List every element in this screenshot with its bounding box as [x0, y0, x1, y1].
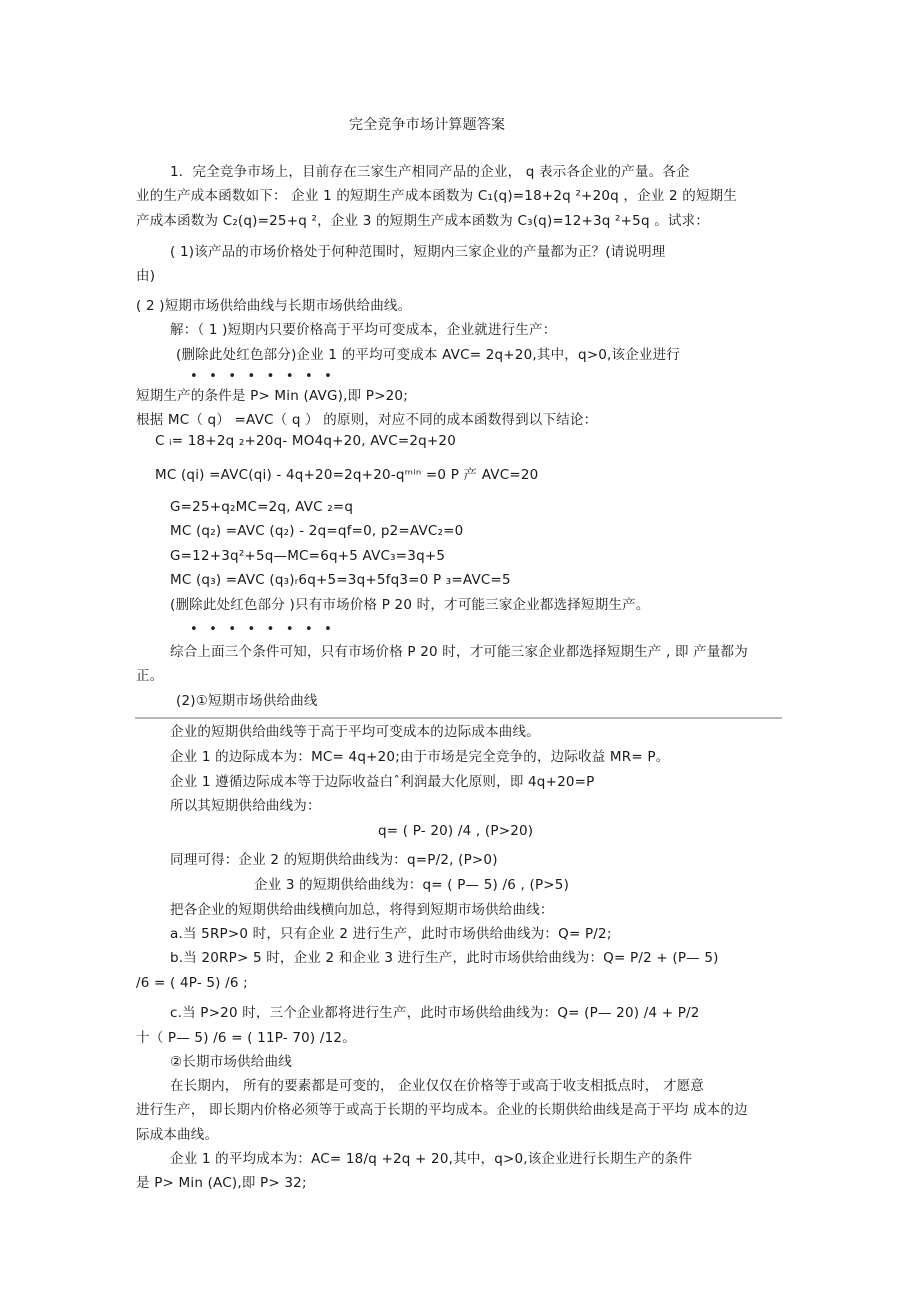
solution-line: (删除此处红色部分)企业 1 的平均可变成本 AVC= 2q+20,其中，q>0…: [176, 346, 680, 364]
formula-line: MC (qi) =AVC(qi) - 4q+20=2q+20-qᵐⁱⁿ =0 P…: [155, 466, 538, 484]
question-line: 产成本函数为 C₂(q)=25+q ²，企业 3 的短期生产成本函数为 C₃(q…: [136, 212, 709, 230]
solution-line: 短期生产的条件是 P> Min (AVG),即 P>20;: [136, 387, 408, 405]
emphasis-dots: ••••••••: [190, 625, 343, 635]
solution-line: b.当 20RP> 5 时，企业 2 和企业 3 进行生产，此时市场供给曲线为：…: [170, 949, 719, 967]
solution-line: 企业 3 的短期供给曲线为：q= ( P— 5) /6 , (P>5): [254, 876, 569, 894]
question-line: ( 1)该产品的市场价格处于何种范围时，短期内三家企业的产量都为正？(请说明理: [170, 243, 665, 261]
question-line: 由): [136, 267, 155, 285]
solution-line: 同理可得：企业 2 的短期供给曲线为：q=P/2, (P>0): [170, 851, 498, 869]
solution-line: 企业 1 遵循边际成本等于边际收益白ˆ利润最大化原则，即 4q+20=P: [170, 773, 595, 791]
question-line: ( 2 )短期市场供给曲线与长期市场供给曲线。: [136, 297, 411, 315]
solution-line: 企业的短期供给曲线等于高于平均可变成本的边际成本曲线。: [170, 723, 540, 741]
solution-line: 际成本曲线。: [136, 1126, 218, 1144]
section-heading: ②长期市场供给曲线: [170, 1053, 292, 1071]
horizontal-separator: [135, 717, 782, 719]
formula-line: MC (q₃) =AVC (q₃)ᵣ6q+5=3q+5fq3=0 P ₃=AVC…: [170, 571, 511, 589]
page-title: 完全竞争市场计算题答案: [349, 116, 505, 134]
solution-line: 是 P> Min (AC),即 P> 32;: [136, 1174, 307, 1192]
solution-line: 企业 1 的平均成本为：AC= 18/q +2q + 20,其中，q>0,该企业…: [170, 1150, 692, 1168]
formula-line: MC (q₂) =AVC (q₂) - 2q=qf=0, p2=AVC₂=0: [170, 522, 463, 540]
question-line: 1．完全竞争市场上，目前存在三家生产相同产品的企业， q 表示各企业的产量。各企: [170, 163, 690, 181]
solution-line: 进行生产， 即长期内价格必须等于或高于长期的平均成本。企业的长期供给曲线是高于平…: [136, 1101, 748, 1119]
section-heading: (2)①短期市场供给曲线: [176, 692, 318, 710]
solution-line: 所以其短期供给曲线为：: [170, 797, 321, 815]
question-line: 业的生产成本函数如下： 企业 1 的短期生产成本函数为 C₁(q)=18+2q …: [136, 187, 737, 205]
solution-line: 正。: [136, 667, 163, 685]
solution-line: 解：（ 1 )短期内只要价格高于平均可变成本，企业就进行生产：: [170, 321, 556, 339]
formula-line: G=25+q₂MC=2q, AVC ₂=q: [170, 498, 353, 516]
solution-line: a.当 5RP>0 时，只有企业 2 进行生产，此时市场供给曲线为：Q= P/2…: [170, 925, 612, 943]
solution-line: /6 = ( 4P- 5) /6 ;: [136, 974, 248, 992]
formula-line: q= ( P- 20) /4 , (P>20): [378, 822, 533, 840]
solution-line: 把各企业的短期供给曲线横向加总，将得到短期市场供给曲线：: [170, 901, 554, 919]
solution-line: 十（ P— 5) /6 = ( 11P- 70) /12。: [136, 1029, 356, 1047]
formula-line: G=12+3q²+5q—MC=6q+5 AVC₃=3q+5: [170, 547, 445, 565]
solution-line: 企业 1 的边际成本为：MC= 4q+20;由于市场是完全竞争的，边际收益 MR…: [170, 748, 669, 766]
emphasis-dots: ••••••••: [190, 372, 343, 382]
solution-line: 在长期内， 所有的要素都是可变的， 企业仅仅在价格等于或高于收支相抵点时， 才愿…: [170, 1077, 704, 1095]
solution-line: c.当 P>20 时，三个企业都将进行生产，此时市场供给曲线为：Q= (P— 2…: [170, 1004, 700, 1022]
solution-line: (删除此处红色部分 )只有市场价格 P 20 时，才可能三家企业都选择短期生产。: [170, 596, 650, 614]
solution-line: 综合上面三个条件可知，只有市场价格 P 20 时，才可能三家企业都选择短期生产 …: [170, 643, 748, 661]
solution-line: 根据 MC（ q） =AVC（ q ） 的原则，对应不同的成本函数得到以下结论：: [136, 411, 597, 429]
formula-line: C ᵢ= 18+2q ₂+20q- MO4q+20, AVC=2q+20: [155, 432, 456, 450]
